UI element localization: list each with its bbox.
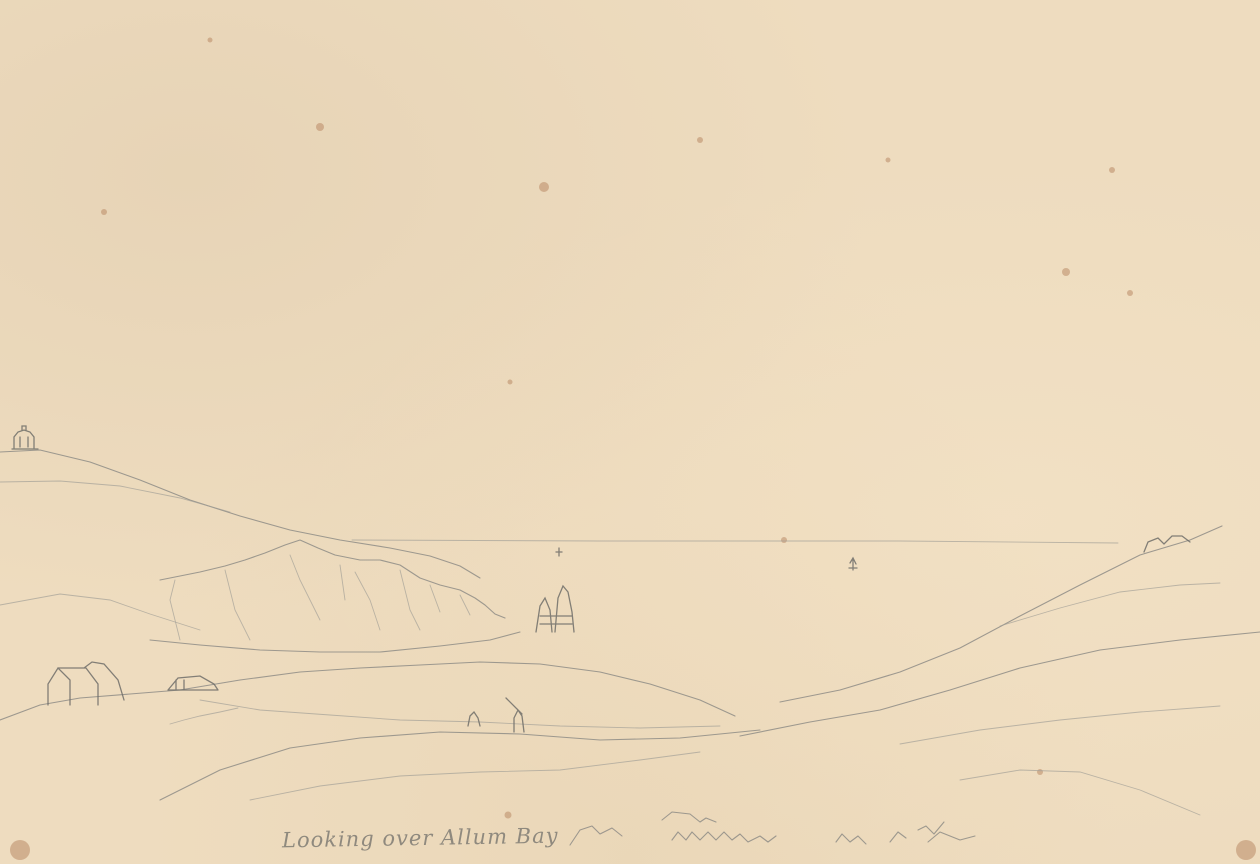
right-headland <box>740 526 1260 815</box>
boat-near-horizon <box>556 548 562 556</box>
walking-figures <box>468 698 524 732</box>
foreground-scrub <box>570 812 975 845</box>
headland-bushes <box>1144 536 1190 552</box>
needle-rocks <box>536 586 574 632</box>
left-hill <box>0 426 480 630</box>
sketch-sheet: Looking over Allum Bay <box>0 0 1260 864</box>
cliffs <box>150 540 574 652</box>
middle-ground <box>0 662 760 800</box>
inscription: Looking over Allum Bay <box>282 824 559 853</box>
foxing-spots <box>10 38 1256 861</box>
pencil-drawing <box>0 0 1260 864</box>
boat-distant <box>849 558 857 570</box>
monument <box>12 426 38 449</box>
horizon-line <box>352 540 1118 543</box>
